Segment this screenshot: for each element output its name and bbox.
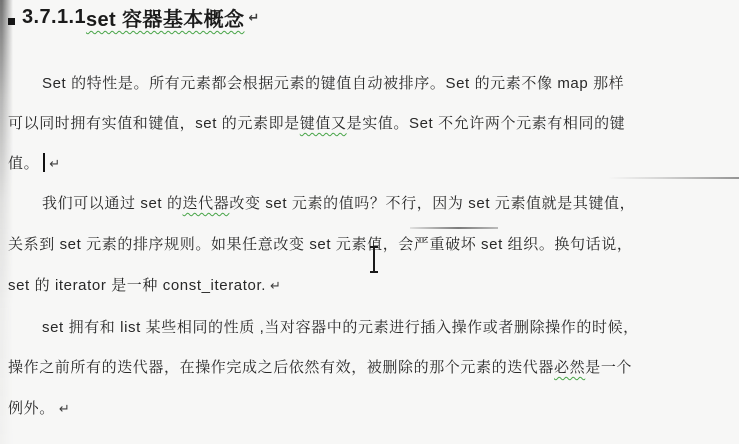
text-line-p2-3[interactable]: set 的 iterator 是一种 const_iterator.↵ xyxy=(8,274,281,295)
scrollbar-ghost-line xyxy=(608,177,739,179)
spellcheck-flagged-word: 必然 xyxy=(554,359,585,376)
text-segment: 例外。 xyxy=(8,400,55,417)
text-segment: 操作之前所有的迭代器，在操作完成之后依然有效，被删除的那个元素的迭代器 xyxy=(8,359,554,376)
text-line-p1-3[interactable]: 值。↵ xyxy=(8,152,61,173)
text-line-p3-3[interactable]: 例外。↵ xyxy=(8,397,70,418)
heading-number: 3.7.1.1 xyxy=(22,6,86,29)
heading-title-spellchecked: set 容器基本概念 xyxy=(86,3,244,32)
text-caret xyxy=(43,153,45,172)
text-segment: 改变 set 元素的值吗？不行，因为 set 元素值就是其键值， xyxy=(229,195,635,212)
text-line-p2-2[interactable]: 关系到 set 元素的排序规则。如果任意改变 set 元素值，会严重破坏 set… xyxy=(8,233,632,254)
paragraph-mark-icon: ↵ xyxy=(59,401,71,416)
text-line-p1-2[interactable]: 可以同时拥有实值和键值，set 的元素即是键值又是实值。Set 不允许两个元素有… xyxy=(8,112,625,133)
text-segment: 是一个 xyxy=(585,359,632,376)
text-segment: 是实值。Set 不允许两个元素有相同的键 xyxy=(347,115,626,132)
spellcheck-flagged-word: 键值又 xyxy=(300,115,347,132)
text-segment: 我们可以通过 set 的 xyxy=(42,195,183,212)
paragraph-mark-icon: ↵ xyxy=(248,10,259,26)
document-canvas[interactable]: 3.7.1.1 set 容器基本概念↵ Set 的特性是。所有元素都会根据元素的… xyxy=(0,0,739,444)
text-segment: 值。 xyxy=(8,155,39,172)
spellcheck-flagged-word: 迭代器 xyxy=(183,195,230,212)
text-segment: set 的 iterator 是一种 const_iterator. xyxy=(8,277,266,294)
text-line-p1-1[interactable]: Set 的特性是。所有元素都会根据元素的键值自动被排序。Set 的元素不像 ma… xyxy=(42,72,624,93)
text-line-p2-1[interactable]: 我们可以通过 set 的迭代器改变 set 元素的值吗？不行，因为 set 元素… xyxy=(42,192,635,213)
underline-ghost-line xyxy=(410,227,498,229)
paragraph-mark-icon: ↵ xyxy=(49,156,61,171)
page-title: 3.7.1.1 set 容器基本概念↵ xyxy=(8,3,260,32)
list-bullet-icon xyxy=(8,18,15,25)
text-line-p3-2[interactable]: 操作之前所有的迭代器，在操作完成之后依然有效，被删除的那个元素的迭代器必然是一个 xyxy=(8,356,632,377)
video-edge-shadow xyxy=(0,0,13,444)
text-line-p3-1[interactable]: set 拥有和 list 某些相同的性质 ,当对容器中的元素进行插入操作或者删除… xyxy=(42,316,639,337)
paragraph-mark-icon: ↵ xyxy=(270,278,282,293)
text-segment: 可以同时拥有实值和键值，set 的元素即是 xyxy=(8,115,300,132)
